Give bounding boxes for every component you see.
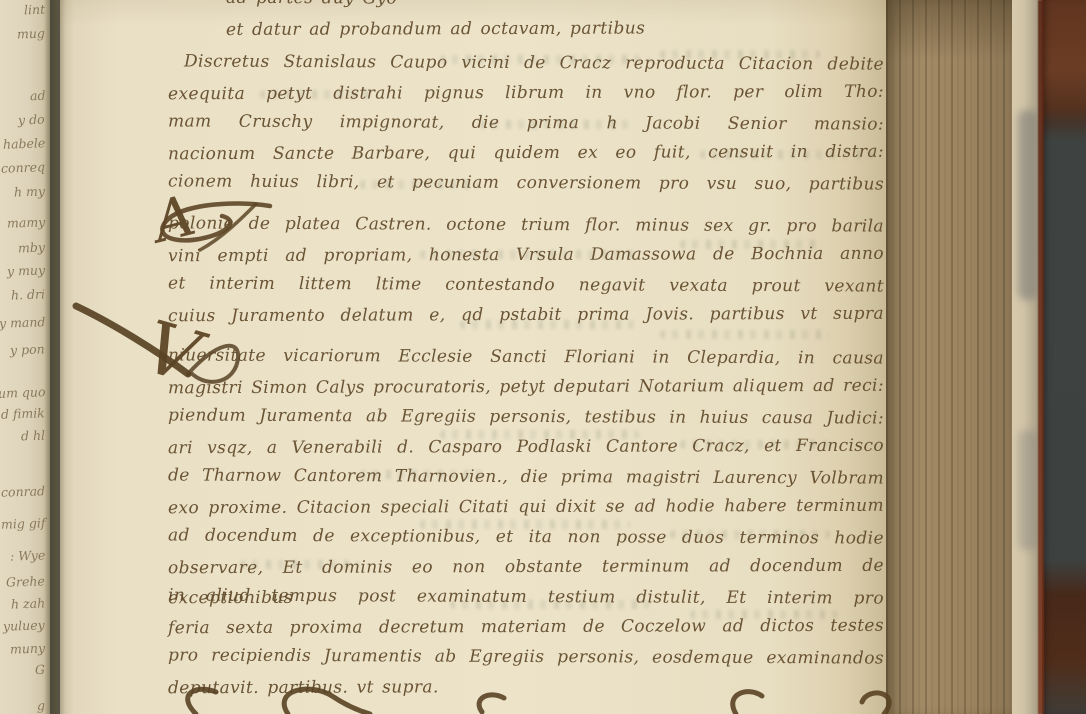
margin-fragment: y do bbox=[18, 112, 45, 128]
book-cover bbox=[1042, 0, 1086, 714]
margin-fragment: y pon bbox=[10, 341, 45, 357]
manuscript-line: deputavit. partibus. vt supra. bbox=[168, 671, 884, 703]
margin-fragment: mig gif bbox=[0, 515, 45, 532]
margin-fragment: y muy bbox=[7, 262, 46, 278]
manuscript-line: ad docendum de exceptionibus, et ita non… bbox=[168, 520, 884, 553]
manuscript-line: exo proxime. Citacion speciali Citati qu… bbox=[168, 491, 884, 523]
manuscript-line: polonie de platea Castren. octone trium … bbox=[168, 208, 884, 241]
manuscript-line: et interim littem ltime contestando nega… bbox=[168, 268, 884, 301]
margin-fragment: um quo bbox=[0, 384, 45, 401]
manuscript-line: nacionum Sancte Barbare, qui quidem ex e… bbox=[168, 137, 884, 169]
manuscript-line: mam Cruschy impignorat, die prima h Jaco… bbox=[168, 106, 884, 139]
manuscript-line: piendum Juramenta ab Egregiis personis, … bbox=[168, 400, 884, 433]
manuscript-page: ad partes duy Gyo et datur ad probandum … bbox=[60, 0, 886, 714]
edge-smudge bbox=[1018, 430, 1038, 550]
margin-fragment: h. dri bbox=[11, 286, 45, 302]
manuscript-line: Discretus Stanislaus Caupo vicini de Cra… bbox=[168, 46, 884, 79]
entry-stanislaus-caupo: Discretus Stanislaus Caupo vicini de Cra… bbox=[168, 48, 884, 198]
manuscript-line: et datur ad probandum ad octavam, partib… bbox=[226, 13, 766, 45]
margin-fragment: mby bbox=[18, 240, 45, 256]
manuscript-line: in aliud tempus post examinatum testium … bbox=[168, 580, 884, 613]
manuscript-photo: lintmugady dohabeleconreqh mymamymbyy mu… bbox=[0, 0, 1086, 714]
margin-fragment: conreq bbox=[1, 159, 45, 176]
bleedthrough-mark bbox=[660, 330, 830, 339]
margin-fragment: : Wye bbox=[10, 547, 46, 563]
page-fore-edge bbox=[886, 0, 1012, 714]
manuscript-line: pro recipiendis Juramentis ab Egregiis p… bbox=[168, 640, 884, 673]
facing-page-edge: lintmugady dohabeleconreqh mymamymbyy mu… bbox=[0, 0, 50, 714]
manuscript-line: niuersitate vicariorum Ecclesie Sancti F… bbox=[168, 340, 884, 373]
margin-fragment: conrad bbox=[1, 483, 46, 500]
margin-fragment: mug bbox=[17, 26, 45, 42]
gutter-shadow bbox=[44, 0, 74, 714]
margin-fragment: h my bbox=[14, 183, 45, 199]
edge-smudge bbox=[1018, 110, 1038, 300]
margin-fragment: yuluey bbox=[3, 617, 45, 633]
manuscript-line: exequita petyt distrahi pignus librum in… bbox=[168, 77, 884, 109]
margin-fragment: ad bbox=[29, 88, 45, 104]
manuscript-line: cionem huius libri, et pecuniam conversi… bbox=[168, 166, 884, 199]
margin-fragment: Grehe bbox=[6, 573, 45, 589]
margin-fragment: mamy bbox=[7, 214, 46, 230]
entry-universitate-vicariorum: V niuersitate vicariorum Ecclesie Sancti… bbox=[168, 342, 884, 702]
margin-fragment: h zah bbox=[11, 595, 46, 611]
manuscript-line: ari vsqz, a Venerabili d. Casparo Podlas… bbox=[168, 431, 884, 463]
entry-apolonie: A polonie de platea Castren. octone triu… bbox=[168, 210, 884, 330]
cover-leather-edge bbox=[1038, 0, 1044, 714]
manuscript-line: vini empti ad propriam, honesta Vrsula D… bbox=[168, 239, 884, 271]
manuscript-line: observare, Et dominis eo non obstante te… bbox=[168, 551, 884, 583]
manuscript-line: magistri Simon Calys procuratoris, petyt… bbox=[168, 371, 884, 403]
margin-fragment: habele bbox=[2, 135, 45, 151]
margin-fragment: muny bbox=[10, 640, 46, 656]
manuscript-line: cuius Juramento delatum e, qd pstabit pr… bbox=[168, 299, 884, 331]
margin-fragment: d hl bbox=[21, 428, 46, 444]
manuscript-line: feria sexta proxima decretum materiam de… bbox=[168, 611, 884, 643]
margin-fragment: lint bbox=[24, 2, 46, 18]
manuscript-line: de Tharnow Cantorem Tharnovien., die pri… bbox=[168, 460, 884, 493]
entry-top-fragment: ad partes duy Gyo et datur ad probandum … bbox=[226, 0, 766, 44]
margin-fragment: y mand bbox=[0, 314, 45, 331]
margin-fragment: d fimik bbox=[1, 405, 45, 422]
